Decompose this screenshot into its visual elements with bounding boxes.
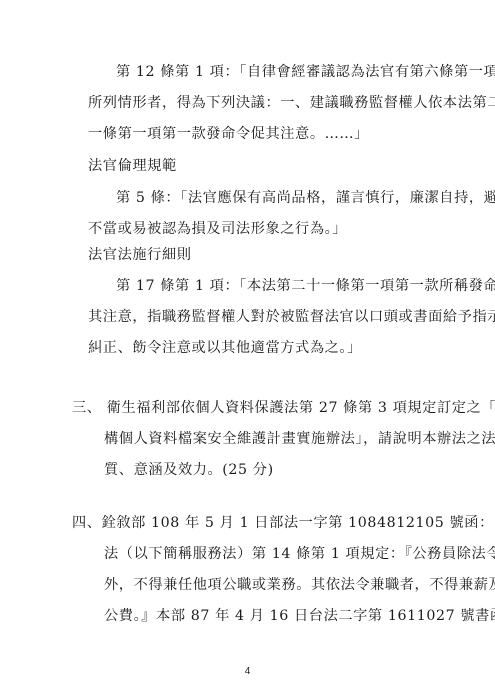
question-4-line-2: 法（以下簡稱服務法）第 14 條第 1 項規定：『公務員除法令所規定 [104,545,416,563]
article-17-line-3: 糾正、飭令注意或以其他適當方式為之。」 [88,339,416,357]
question-4-line-3: 外，不得兼任他項公職或業務。其依法令兼職者，不得兼薪及兼領 [104,576,416,594]
article-17-line-2: 其注意，指職務監督權人對於被監督法官以口頭或書面給予指示、 [88,308,416,326]
document-page: 第 12 條第 1 項：「自律會經審議認為法官有第六條第一項各款 所列情形者，得… [0,0,495,700]
article-17-line-1: 第 17 條第 1 項：「本法第二十一條第一項第一款所稱發命令促 [116,277,416,295]
page-number: 4 [0,666,495,677]
article-5-line-1: 第 5 條：「法官應保有高尚品格，謹言慎行，廉潔自持，避免有 [116,189,416,207]
question-4-line-1: 四、銓敘部 108 年 5 月 1 日部法一字第 1084812105 號函：「… [72,514,416,532]
question-4-line-4: 公費。』本部 87 年 4 月 16 日台法二字第 1611027 號書函、本部… [104,607,416,625]
question-3-line-3: 質、意涵及效力。(25 分) [104,461,416,479]
article-12-line-1: 第 12 條第 1 項：「自律會經審議認為法官有第六條第一項各款 [116,63,416,81]
question-3-line-1: 三、 衛生福利部依個人資料保護法第 27 條第 3 項規定訂定之「護理機 [72,399,416,417]
article-12-line-3: 一條第一項第一款發命令促其注意。……」 [88,125,416,143]
enforcement-rules-heading: 法官法施行細則 [88,246,192,264]
question-3-line-2: 構個人資料檔案安全維護計畫實施辦法」，請說明本辦法之法律性 [104,430,416,448]
article-12-line-2: 所列情形者，得為下列決議：一、建議職務監督權人依本法第二十 [88,94,416,112]
article-5-line-2: 不當或易被認為損及司法形象之行為。」 [88,220,416,238]
judicial-ethics-heading: 法官倫理規範 [88,157,177,175]
